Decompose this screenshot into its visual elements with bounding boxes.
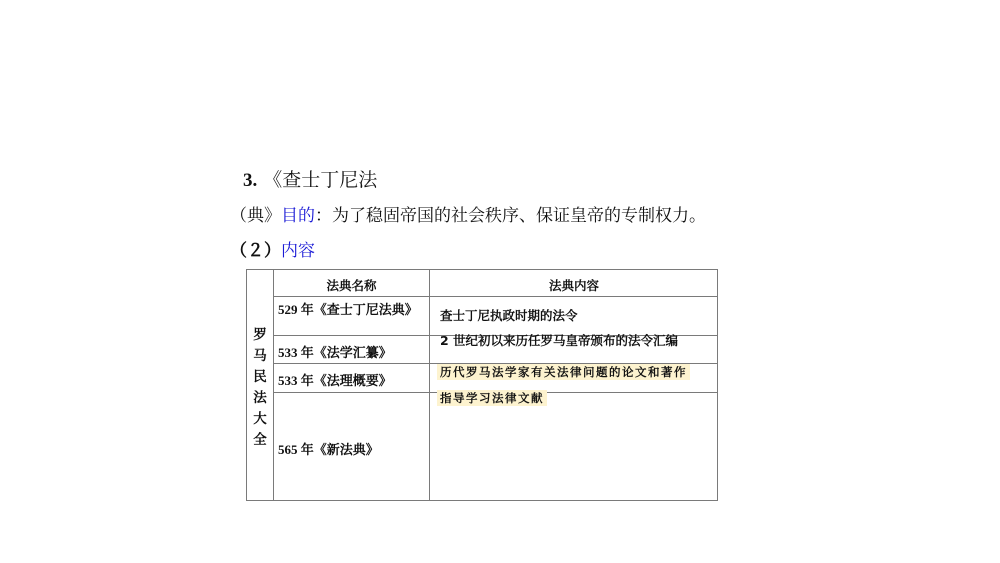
table-row-content: 查士丁尼执政时期的法令	[440, 306, 578, 324]
law-code-table: 罗马民法大全 法典名称 法典内容 529 年《查士丁尼法典》 533 年《法学汇…	[246, 269, 718, 501]
table-row-name: 529 年《查士丁尼法典》	[278, 301, 428, 318]
purpose-text: 为了稳固帝国的社会秩序、保证皇帝的专制权力。	[332, 206, 706, 226]
divider	[273, 270, 274, 500]
table-row-name: 533 年《法学汇纂》	[278, 342, 392, 361]
purpose-title-tail: （典》	[230, 206, 281, 226]
content-prefix: （２）	[230, 241, 281, 260]
purpose-label: 目的	[281, 206, 315, 226]
section-title: 《查士丁尼法	[263, 169, 377, 191]
content-heading: （２）内容	[230, 236, 315, 261]
table-row-content: 指导学习法律文献	[437, 390, 547, 406]
header-name: 法典名称	[274, 276, 429, 294]
purpose-line: （典》目的：为了稳固帝国的社会秩序、保证皇帝的专制权力。	[230, 201, 706, 226]
table-row-name: 565 年《新法典》	[278, 439, 379, 458]
table-row-content: 历代罗马法学家有关法律问题的论文和著作	[437, 364, 690, 380]
purpose-colon: ：	[315, 206, 332, 226]
highlighted-text: 历代罗马法学家有关法律问题的论文和著作	[437, 364, 690, 380]
content-label: 内容	[281, 241, 315, 261]
row-group-label: 罗马民法大全	[247, 325, 273, 451]
section-number: 3.	[243, 170, 257, 191]
divider	[429, 270, 430, 500]
section-heading: 3. 《查士丁尼法	[243, 165, 377, 192]
table-row-name: 533 年《法理概要》	[278, 370, 392, 389]
divider	[273, 296, 717, 297]
table-row-content: 2 世纪初以来历任罗马皇帝颁布的法令汇编	[440, 331, 678, 349]
header-content: 法典内容	[430, 276, 718, 294]
highlighted-text: 指导学习法律文献	[437, 390, 547, 406]
